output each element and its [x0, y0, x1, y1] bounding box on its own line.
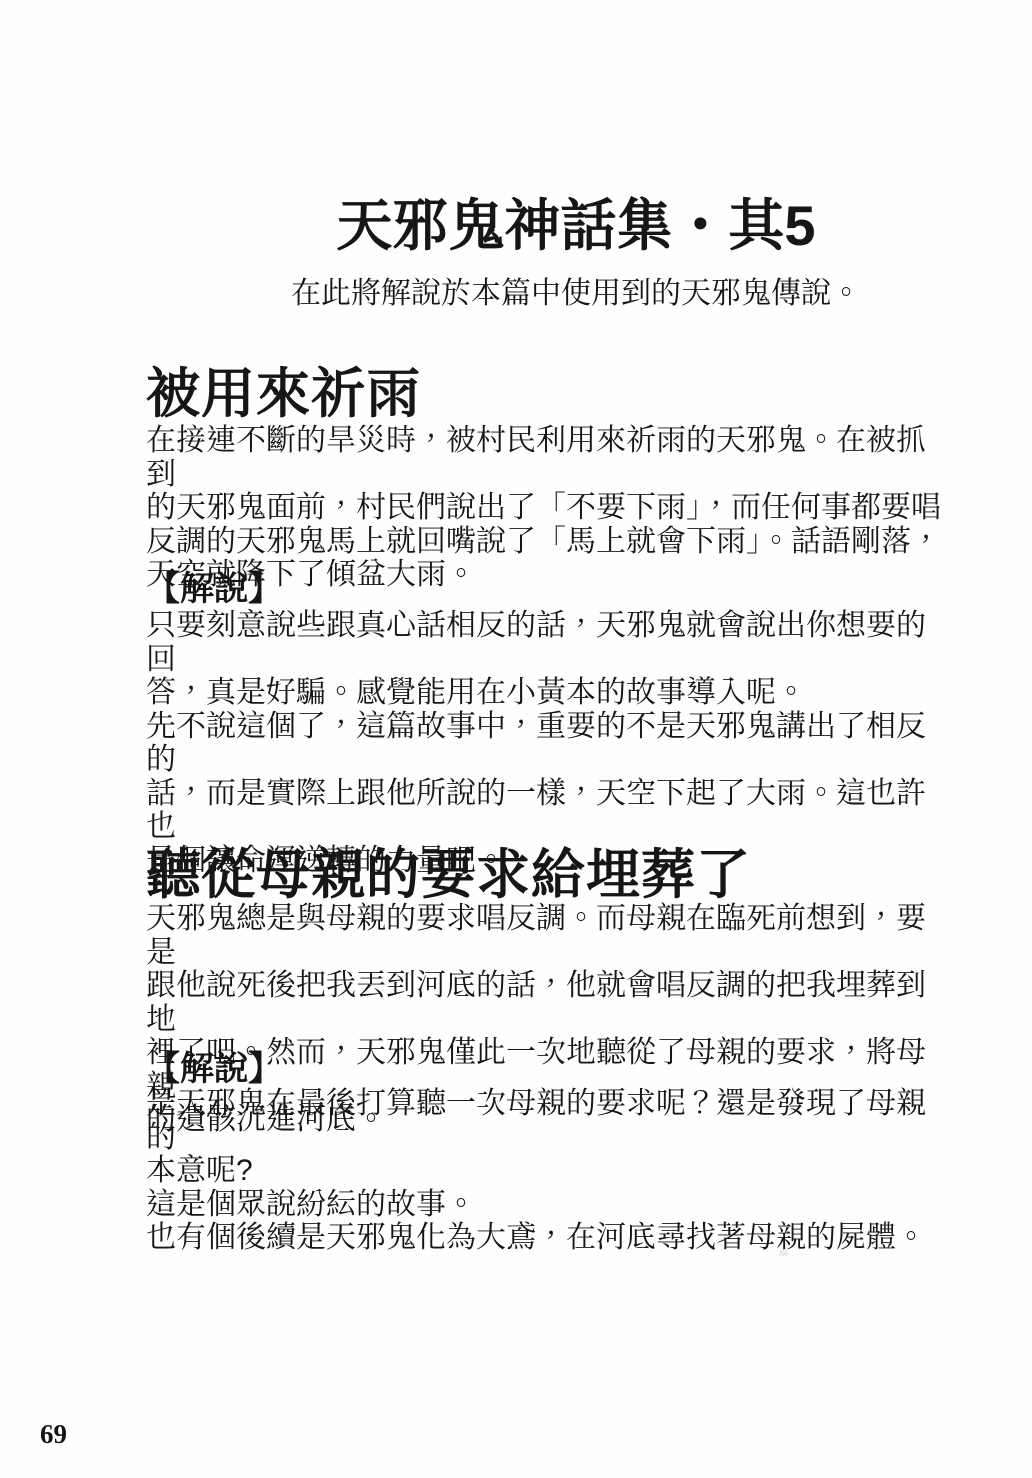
page-number: 69 — [40, 1421, 67, 1448]
commentary-text-burial-request: 是天邪鬼在最後打算聽一次母親的要求呢？還是發現了母親的 本意呢? 這是個眾說紛紜… — [146, 1087, 946, 1255]
document-page: 天邪鬼神話集・其5 在此將解說於本篇中使用到的天邪鬼傳說。 被用來祈雨 在接連不… — [0, 0, 1032, 1478]
commentary-label-burial-request: 【解說】 — [146, 1052, 282, 1086]
section-heading-burial-request: 聽從母親的要求給埋葬了 — [146, 848, 751, 902]
scan-artifact-speck — [779, 1250, 788, 1256]
commentary-text-rain-prayer: 只要刻意說些跟真心話相反的話，天邪鬼就會說出你想要的回 答，真是好騙。感覺能用在… — [146, 609, 946, 877]
page-subtitle: 在此將解說於本篇中使用到的天邪鬼傳說。 — [291, 279, 861, 309]
section-heading-rain-prayer: 被用來祈雨 — [146, 367, 421, 421]
commentary-label-rain-prayer: 【解說】 — [146, 572, 282, 606]
section-body-rain-prayer: 在接連不斷的旱災時，被村民利用來祈雨的天邪鬼。在被抓到 的天邪鬼面前，村民們說出… — [146, 424, 946, 592]
page-title: 天邪鬼神話集・其5 — [336, 198, 815, 254]
